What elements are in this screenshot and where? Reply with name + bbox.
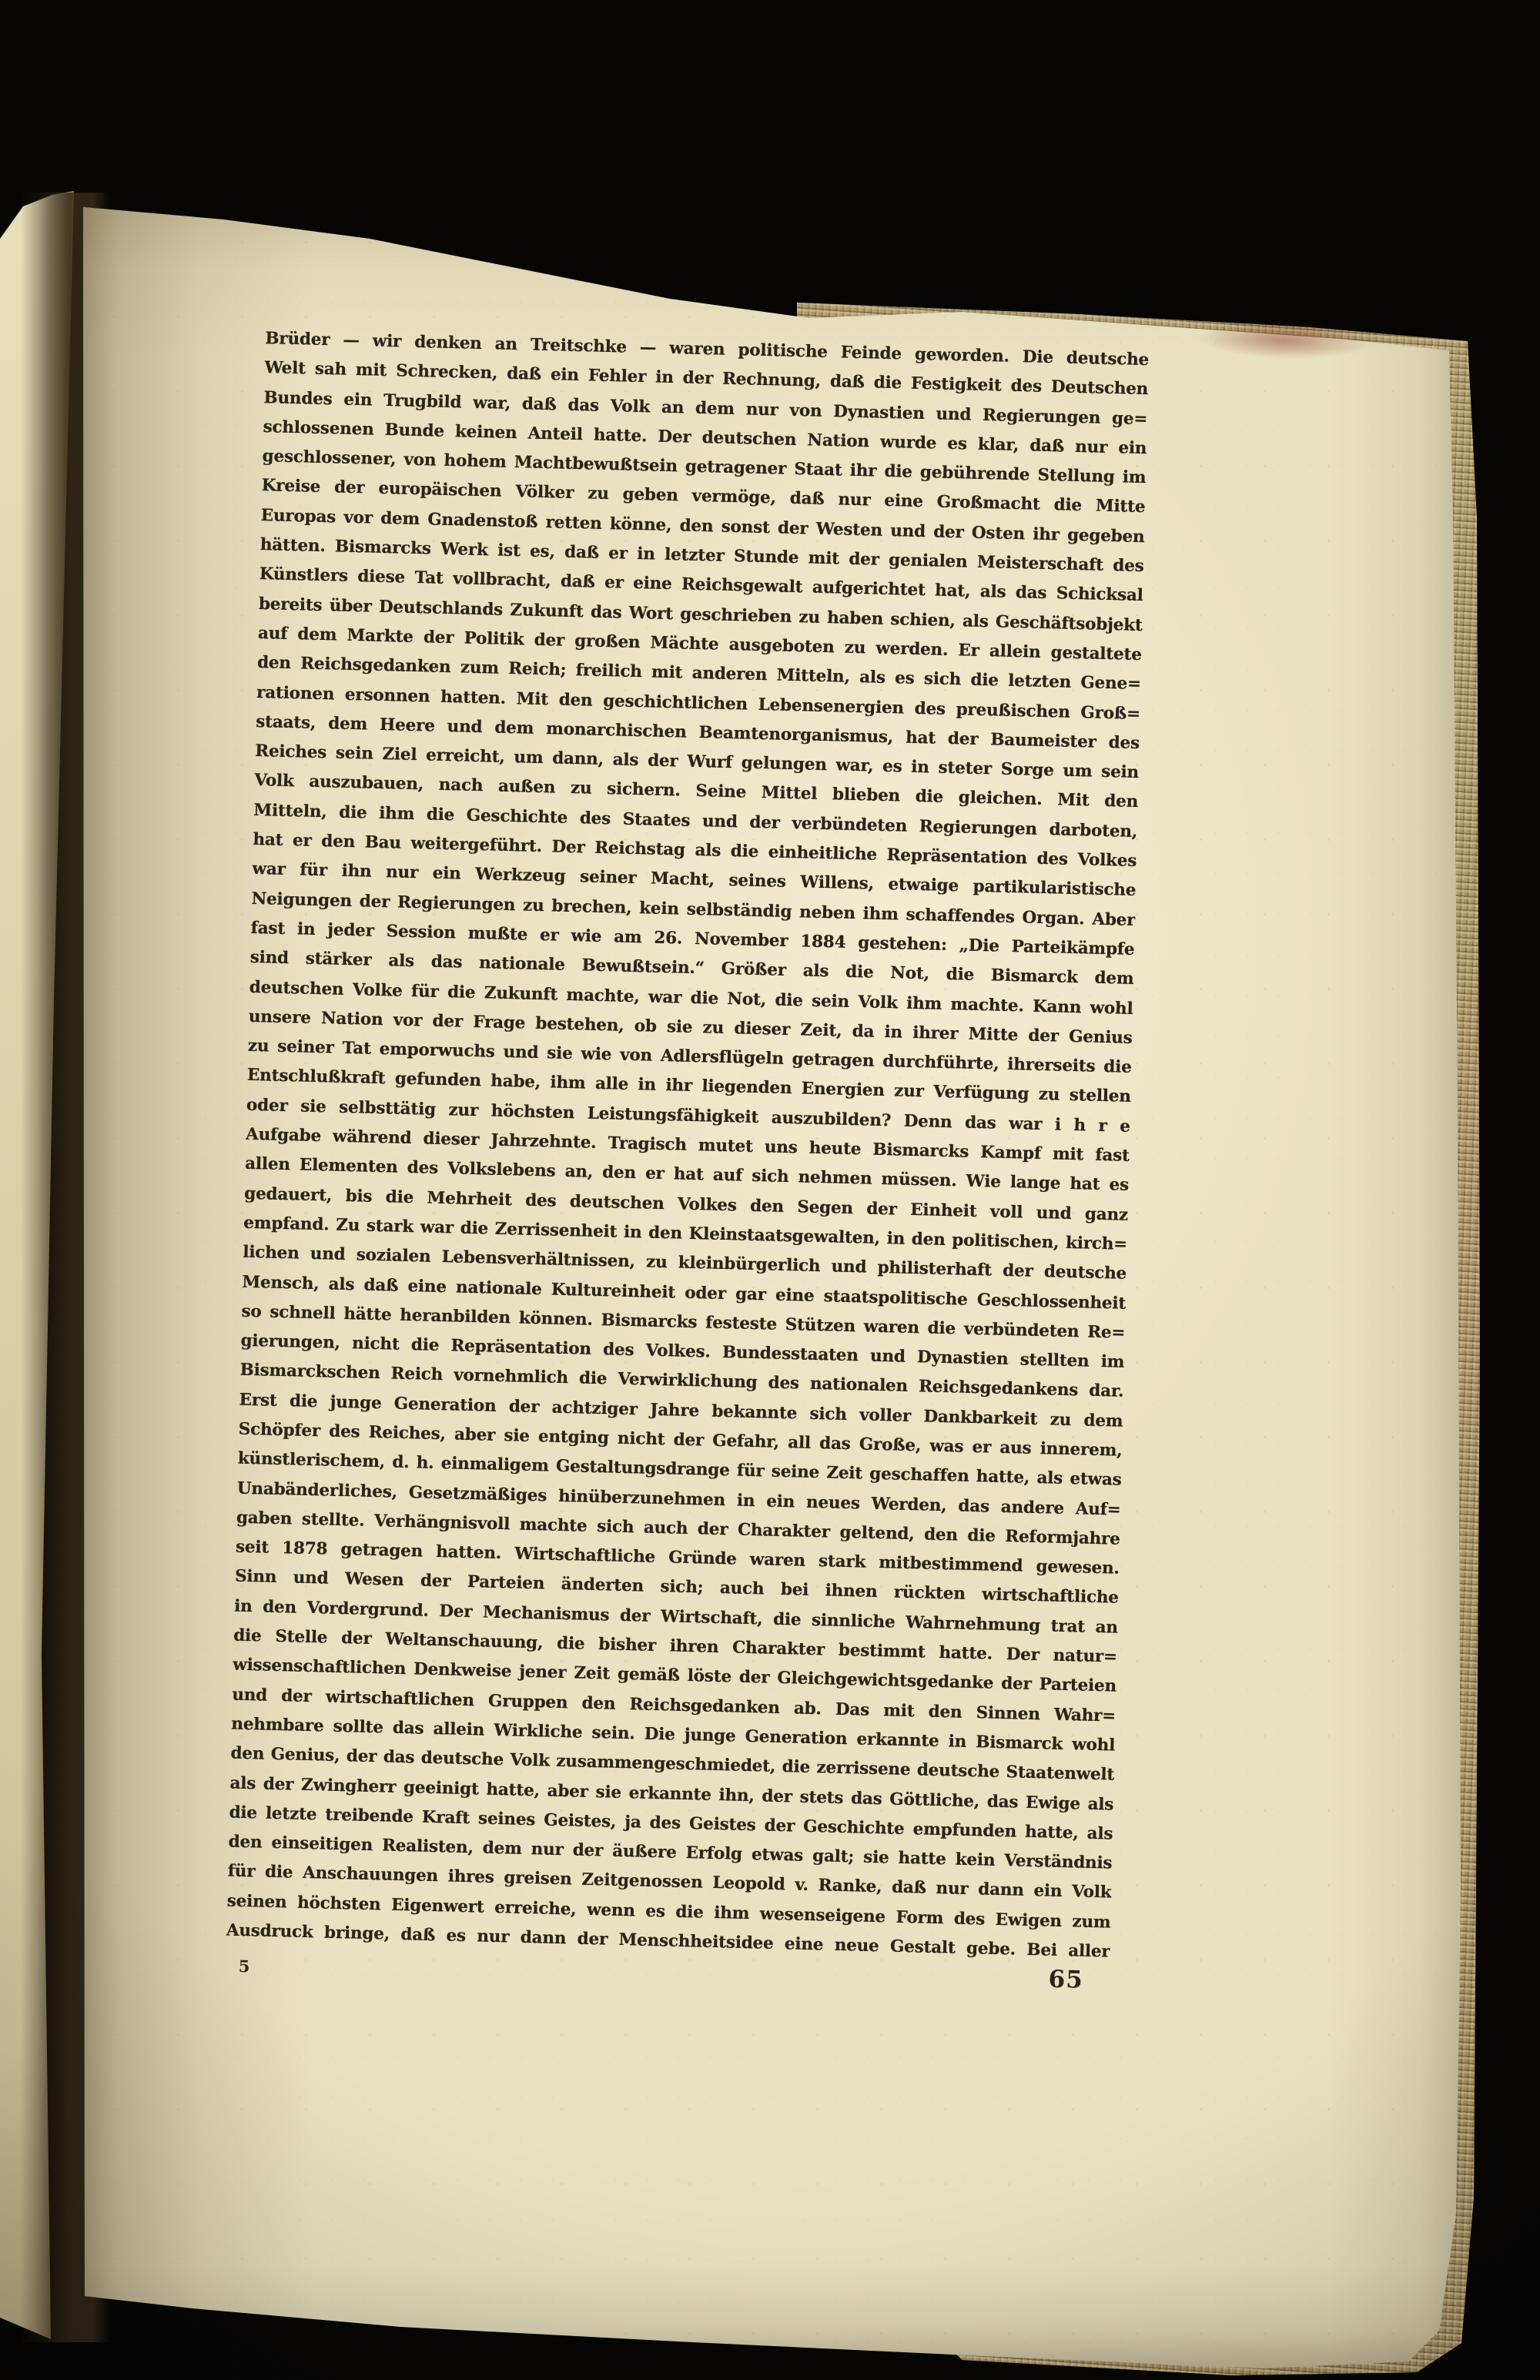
body-text: Brüder — wir denken an Treitschke — ware… (226, 324, 1149, 1967)
page-number: 65 (1048, 1967, 1083, 1993)
printed-text-block: Brüder — wir denken an Treitschke — ware… (189, 320, 1186, 2060)
page-edge-tint (1197, 319, 1371, 362)
photo-background: { "page": { "signature_mark": "5", "page… (0, 0, 1540, 2380)
signature-mark: 5 (238, 1957, 249, 1976)
